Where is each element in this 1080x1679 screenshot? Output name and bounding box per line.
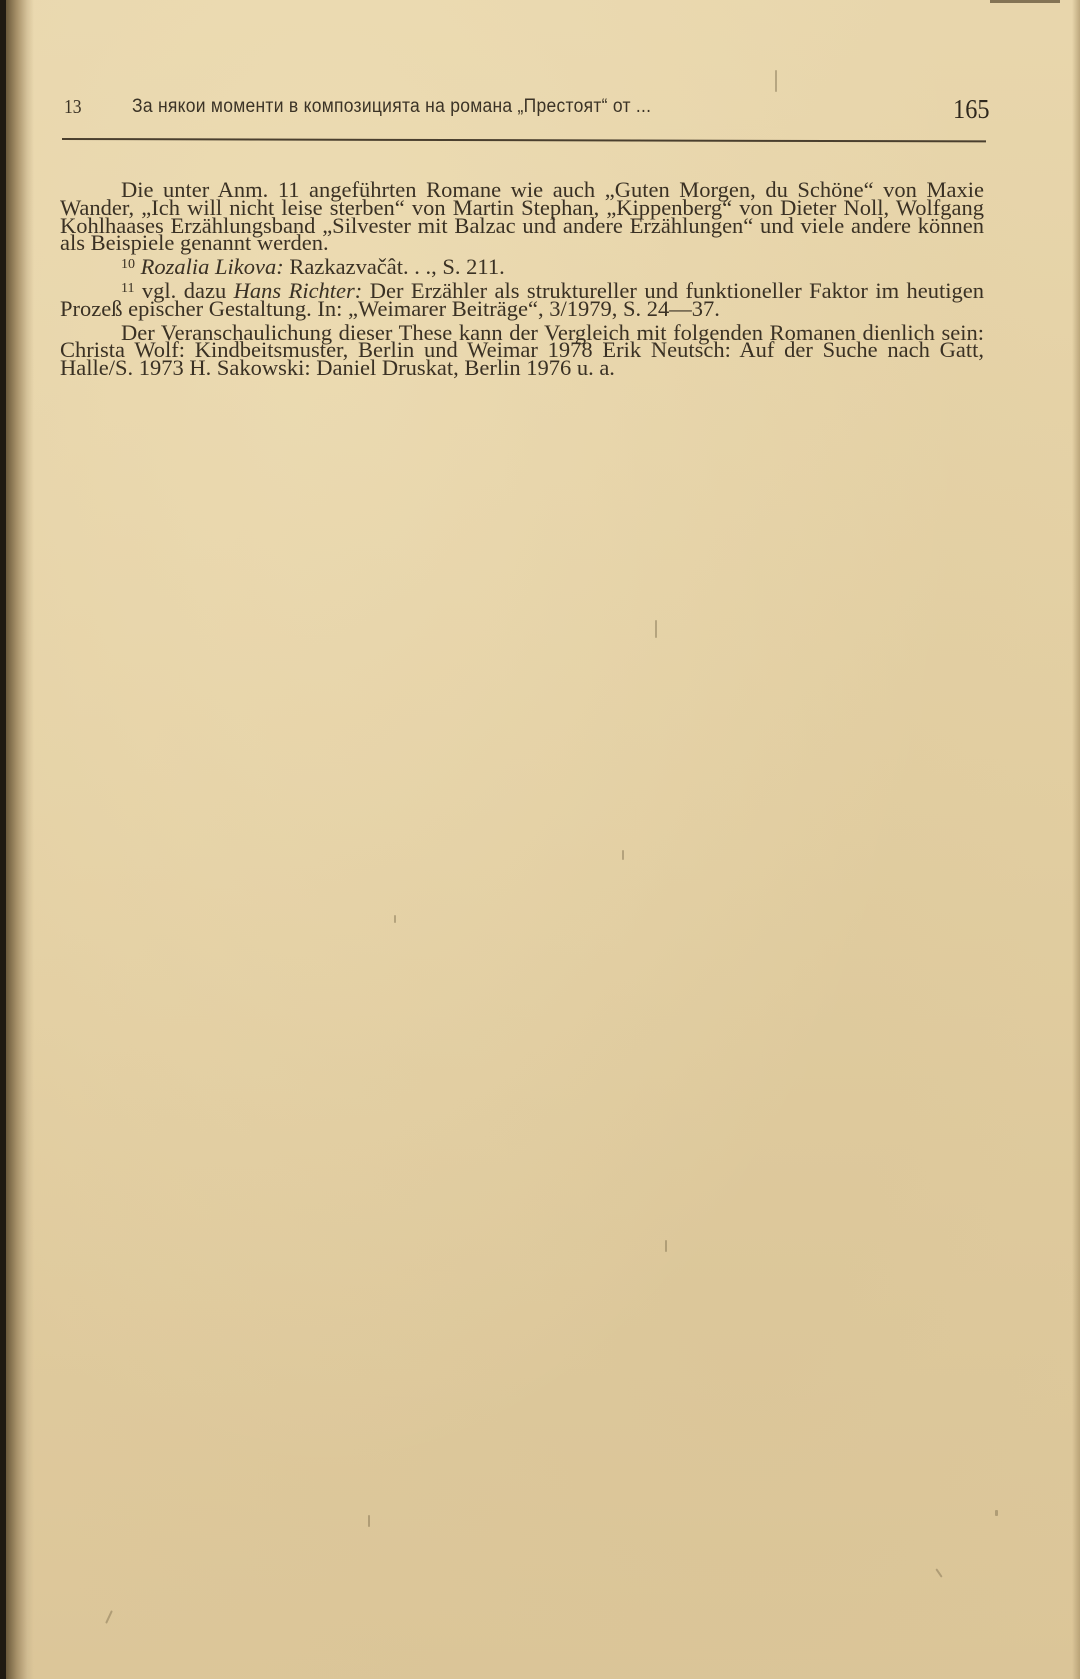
note-11: 11 vgl. dazu Hans Richter: Der Erzähler …	[60, 282, 984, 318]
note-continuation-text: Die unter Anm. 11 angeführten Romane wie…	[60, 177, 984, 255]
note-11-number: 11	[121, 281, 134, 296]
paper-speck	[655, 620, 657, 638]
note-10-number: 10	[121, 257, 135, 272]
paper-speck	[622, 850, 624, 860]
paper-speck	[995, 1510, 998, 1516]
book-spine-edge	[0, 0, 6, 1679]
footnotes-block: Die unter Anm. 11 angeführten Romane wie…	[60, 181, 984, 377]
paper-speck	[105, 1610, 113, 1624]
page-number: 165	[953, 94, 989, 125]
running-head: 13 За някои моменти в композицията на ро…	[64, 94, 989, 128]
paper-speck	[394, 915, 396, 923]
page-top-mark	[990, 0, 1060, 3]
note-closing: Der Veranschaulichung dieser These kann …	[60, 324, 984, 377]
note-10-author: Rozalia Likova:	[141, 254, 284, 279]
page-right-edge	[1072, 0, 1080, 1679]
paper-speck	[775, 70, 777, 92]
chapter-number: 13	[64, 96, 82, 119]
note-closing-text: Der Veranschaulichung dieser These kann …	[60, 320, 984, 381]
paper-speck	[368, 1515, 370, 1527]
note-continuation: Die unter Anm. 11 angeführten Romane wie…	[60, 181, 984, 252]
note-10: 10 Rozalia Likova: Razkazvačât. . ., S. …	[60, 258, 984, 276]
running-head-title: За някои моменти в композицията на роман…	[132, 96, 651, 118]
header-rule	[62, 138, 986, 142]
note-10-text: Razkazvačât. . ., S. 211.	[284, 254, 505, 279]
paper-speck	[665, 1240, 667, 1252]
paper-speck	[935, 1568, 942, 1577]
